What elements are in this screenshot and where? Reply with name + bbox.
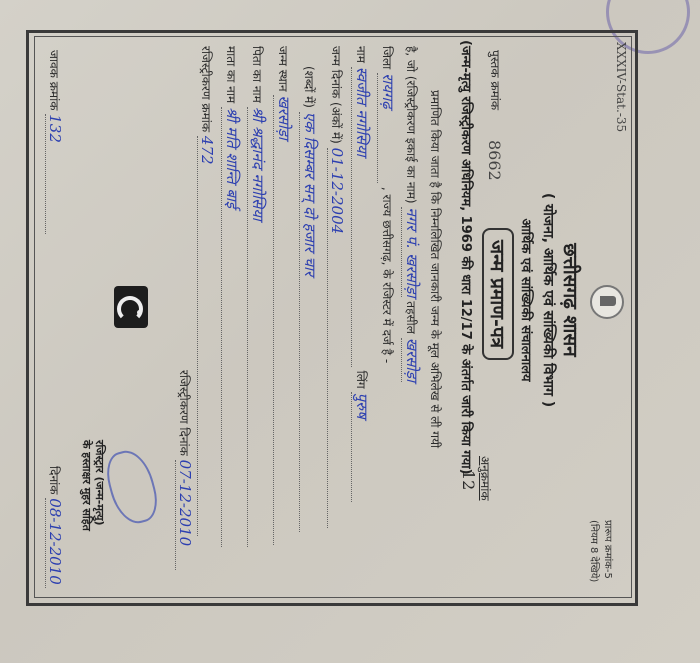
stat-code: XXXIV-Stat.-35 [614, 42, 628, 132]
department-header: ( योजना, आर्थिक एवं सांख्यिकी विभाग ) [539, 0, 558, 600]
certify-line-1: प्रमाणित किया जाता है कि निम्नलिखित जानक… [427, 90, 444, 448]
district-line: जिला रायगढ़ , राज्य छत्तीसगढ़, के रजिस्ट… [377, 46, 398, 363]
serial-number-label: अनुक्रमांक [477, 456, 494, 501]
registration-date-line: रजिस्ट्रीकरण दिनांक 07-12-2010 [175, 370, 194, 570]
state-suffix: , राज्य छत्तीसगढ़, के रजिस्टर में दर्ज ह… [380, 187, 394, 363]
name-label: नाम [354, 46, 368, 63]
issue-date-label: दिनांक [47, 466, 61, 494]
father-name-label: पिता का नाम [250, 46, 264, 103]
registration-date-label: रजिस्ट्रीकरण दिनांक [177, 370, 191, 456]
registrar-signature-note: के हस्ताक्षर मुहर सहित [80, 440, 93, 531]
form-number-text: प्रारूप क्रमांक-5 [600, 520, 614, 582]
father-line: पिता का नाम श्री श्रद्धानंद नगोसिया [247, 46, 268, 547]
gender-value: पुरुष [351, 392, 372, 502]
dispatch-number-line: जावक क्रमांक 132 [45, 50, 64, 234]
form-rule-text: (नियम 8 देखिये) [586, 520, 600, 582]
registration-unit-label: है, जो (रजिस्ट्रीकरण इकाई का नाम) [404, 46, 418, 204]
book-number-value: 8662 [485, 140, 504, 181]
tehsil-value: खरसोड़ा [401, 338, 422, 382]
state-header: छत्तीसगढ़ शासन [558, 0, 584, 600]
reg-no-line: रजिस्ट्रीकरण क्रमांक 472 [197, 46, 216, 536]
issue-date-value: 08-12-2010 [45, 498, 64, 588]
birthplace-line: जन्म स्थान खरसोड़ा [273, 46, 294, 545]
act-reference: (जन्म-मृत्यु रजिस्ट्रीकरण अधिनियम, 1969 … [458, 40, 476, 600]
registrar-title: रजिस्ट्रार (जन्म-मृत्यु) [93, 440, 106, 531]
state-emblem-icon [590, 285, 624, 319]
district-label: जिला [380, 46, 394, 69]
certificate-title: जन्म प्रमाण-पत्र [482, 228, 514, 360]
name-value: स्वजीत नगोसिया [351, 67, 372, 367]
issue-date-line: दिनांक 08-12-2010 [45, 466, 64, 588]
directorate-header: आर्थिक एवं सांख्यिकी संचालनालय [518, 0, 536, 600]
digital-india-logo-icon [114, 286, 148, 328]
book-number-label: पुस्तक क्रमांक [487, 50, 504, 110]
gender-label: लिंग [354, 371, 368, 389]
form-number: प्रारूप क्रमांक-5 (नियम 8 देखिये) [586, 520, 614, 582]
dob-digits-line: जन्म दिनांक (अंकों में) 01-12-2004 [327, 46, 346, 528]
registration-number-label: रजिस्ट्रीकरण क्रमांक [199, 46, 213, 132]
birth-certificate: XXXIV-Stat.-35 प्रारूप क्रमांक-5 (नियम 8… [0, 0, 700, 663]
dob-words-value: एक दिसम्बर सन् दो हजार चार [299, 112, 320, 532]
mother-name-value: श्री मति शान्ति बाई [221, 107, 242, 547]
birthplace-label: जन्म स्थान [276, 46, 290, 92]
registrar-block: रजिस्ट्रार (जन्म-मृत्यु) के हस्ताक्षर मु… [80, 440, 106, 531]
birthplace-value: खरसोड़ा [273, 95, 294, 545]
mother-line: माता का नाम श्री मति शान्ति बाई [221, 46, 242, 547]
name-line: नाम स्वजीत नगोसिया लिंग पुरुष [351, 46, 372, 502]
dispatch-number-value: 132 [45, 114, 64, 234]
dob-words-line: (शब्दों में) एक दिसम्बर सन् दो हजार चार [299, 66, 320, 532]
district-value: रायगढ़ [377, 73, 398, 183]
father-name-value: श्री श्रद्धानंद नगोसिया [247, 107, 268, 547]
dispatch-number-label: जावक क्रमांक [47, 50, 61, 110]
registration-number-value: 472 [197, 136, 216, 536]
registration-unit-value: नगर पं. खरसोड़ा [401, 207, 422, 297]
paper-background: XXXIV-Stat.-35 प्रारूप क्रमांक-5 (नियम 8… [0, 0, 700, 663]
mother-name-label: माता का नाम [224, 46, 238, 103]
dob-digits-value: 01-12-2004 [327, 148, 346, 528]
tehsil-label: तहसील [404, 301, 418, 334]
dob-digits-label: जन्म दिनांक (अंकों में) [329, 46, 343, 144]
certify-line-2: है, जो (रजिस्ट्रीकरण इकाई का नाम) नगर पं… [401, 46, 422, 382]
registration-date-value: 07-12-2010 [175, 460, 194, 570]
dob-words-label: (शब्दों में) [302, 66, 316, 108]
